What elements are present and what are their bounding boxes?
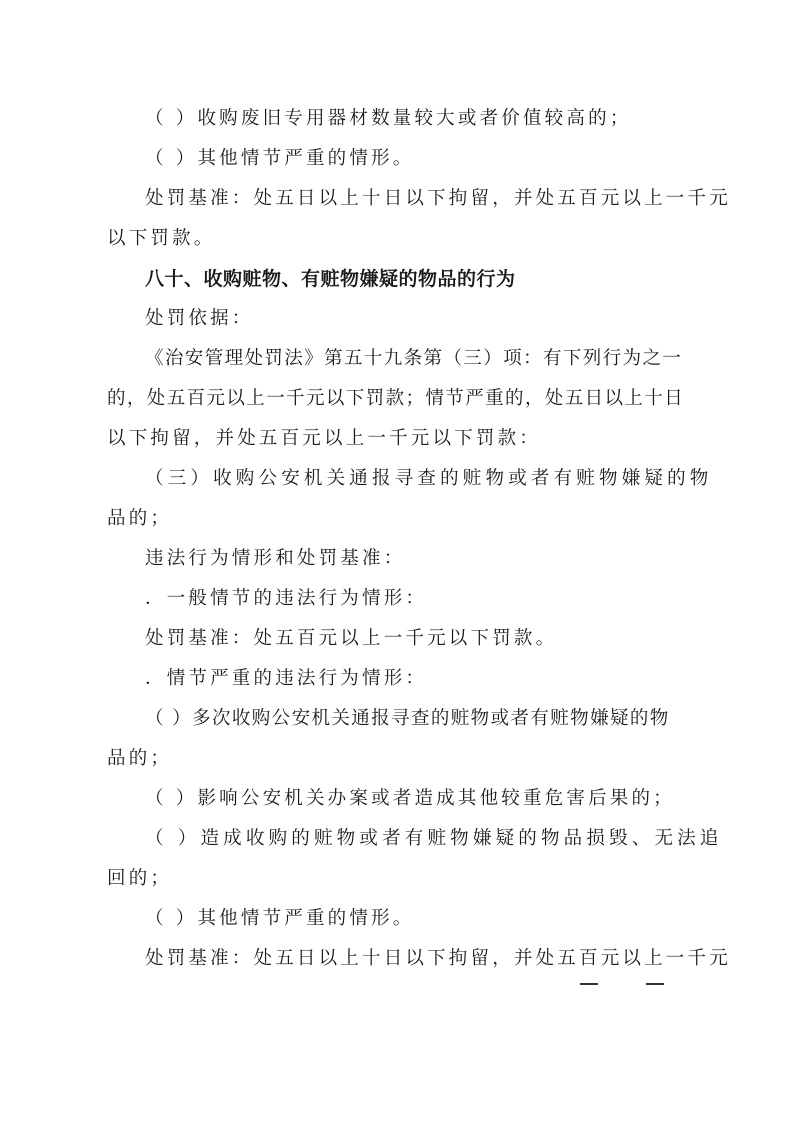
list-item: （ ）造成收购的赃物或者有赃物嫌疑的物品损毁、无法追 bbox=[107, 821, 693, 861]
penalty-standard-cont: 以下罚款。 bbox=[107, 221, 693, 261]
subsection-label: 违法行为情形和处罚基准： bbox=[107, 541, 693, 581]
law-citation: 《治安管理处罚法》第五十九条第（三）项：有下列行为之一 bbox=[107, 341, 693, 381]
penalty-standard: 处罚基准：处五日以上十日以下拘留，并处五百元以上一千元 bbox=[107, 941, 693, 981]
document-page: （ ）收购废旧专用器材数量较大或者价值较高的； （ ）其他情节严重的情形。 处罚… bbox=[107, 101, 693, 981]
law-clause: （三）收购公安机关通报寻查的赃物或者有赃物嫌疑的物 bbox=[107, 461, 693, 501]
penalty-standard: 处罚基准：处五百元以上一千元以下罚款。 bbox=[107, 621, 693, 661]
penalty-basis-label: 处罚依据： bbox=[107, 301, 693, 341]
penalty-standard: 处罚基准：处五日以上十日以下拘留，并处五百元以上一千元 bbox=[107, 181, 693, 221]
list-item-cont: 品的； bbox=[107, 741, 693, 781]
dash-right bbox=[646, 983, 664, 985]
dash-left bbox=[580, 983, 598, 985]
list-item-cont: 回的； bbox=[107, 861, 693, 901]
list-item: （ ）影响公安机关办案或者造成其他较重危害后果的； bbox=[107, 781, 693, 821]
general-case-label: ．一般情节的违法行为情形： bbox=[107, 581, 693, 621]
list-item: （ ）其他情节严重的情形。 bbox=[107, 901, 693, 941]
law-clause-cont: 品的； bbox=[107, 501, 693, 541]
section-heading: 八十、收购赃物、有赃物嫌疑的物品的行为 bbox=[107, 261, 693, 301]
page-number-marker bbox=[580, 983, 670, 985]
list-item: （ ）其他情节严重的情形。 bbox=[107, 141, 693, 181]
list-item: （ ）收购废旧专用器材数量较大或者价值较高的； bbox=[107, 101, 693, 141]
law-citation-cont: 以下拘留，并处五百元以上一千元以下罚款： bbox=[107, 421, 693, 461]
severe-case-label: ．情节严重的违法行为情形： bbox=[107, 661, 693, 701]
list-item: （ ）多次收购公安机关通报寻查的赃物或者有赃物嫌疑的物 bbox=[107, 701, 693, 741]
law-citation-cont: 的，处五百元以上一千元以下罚款；情节严重的，处五日以上十日 bbox=[107, 381, 693, 421]
